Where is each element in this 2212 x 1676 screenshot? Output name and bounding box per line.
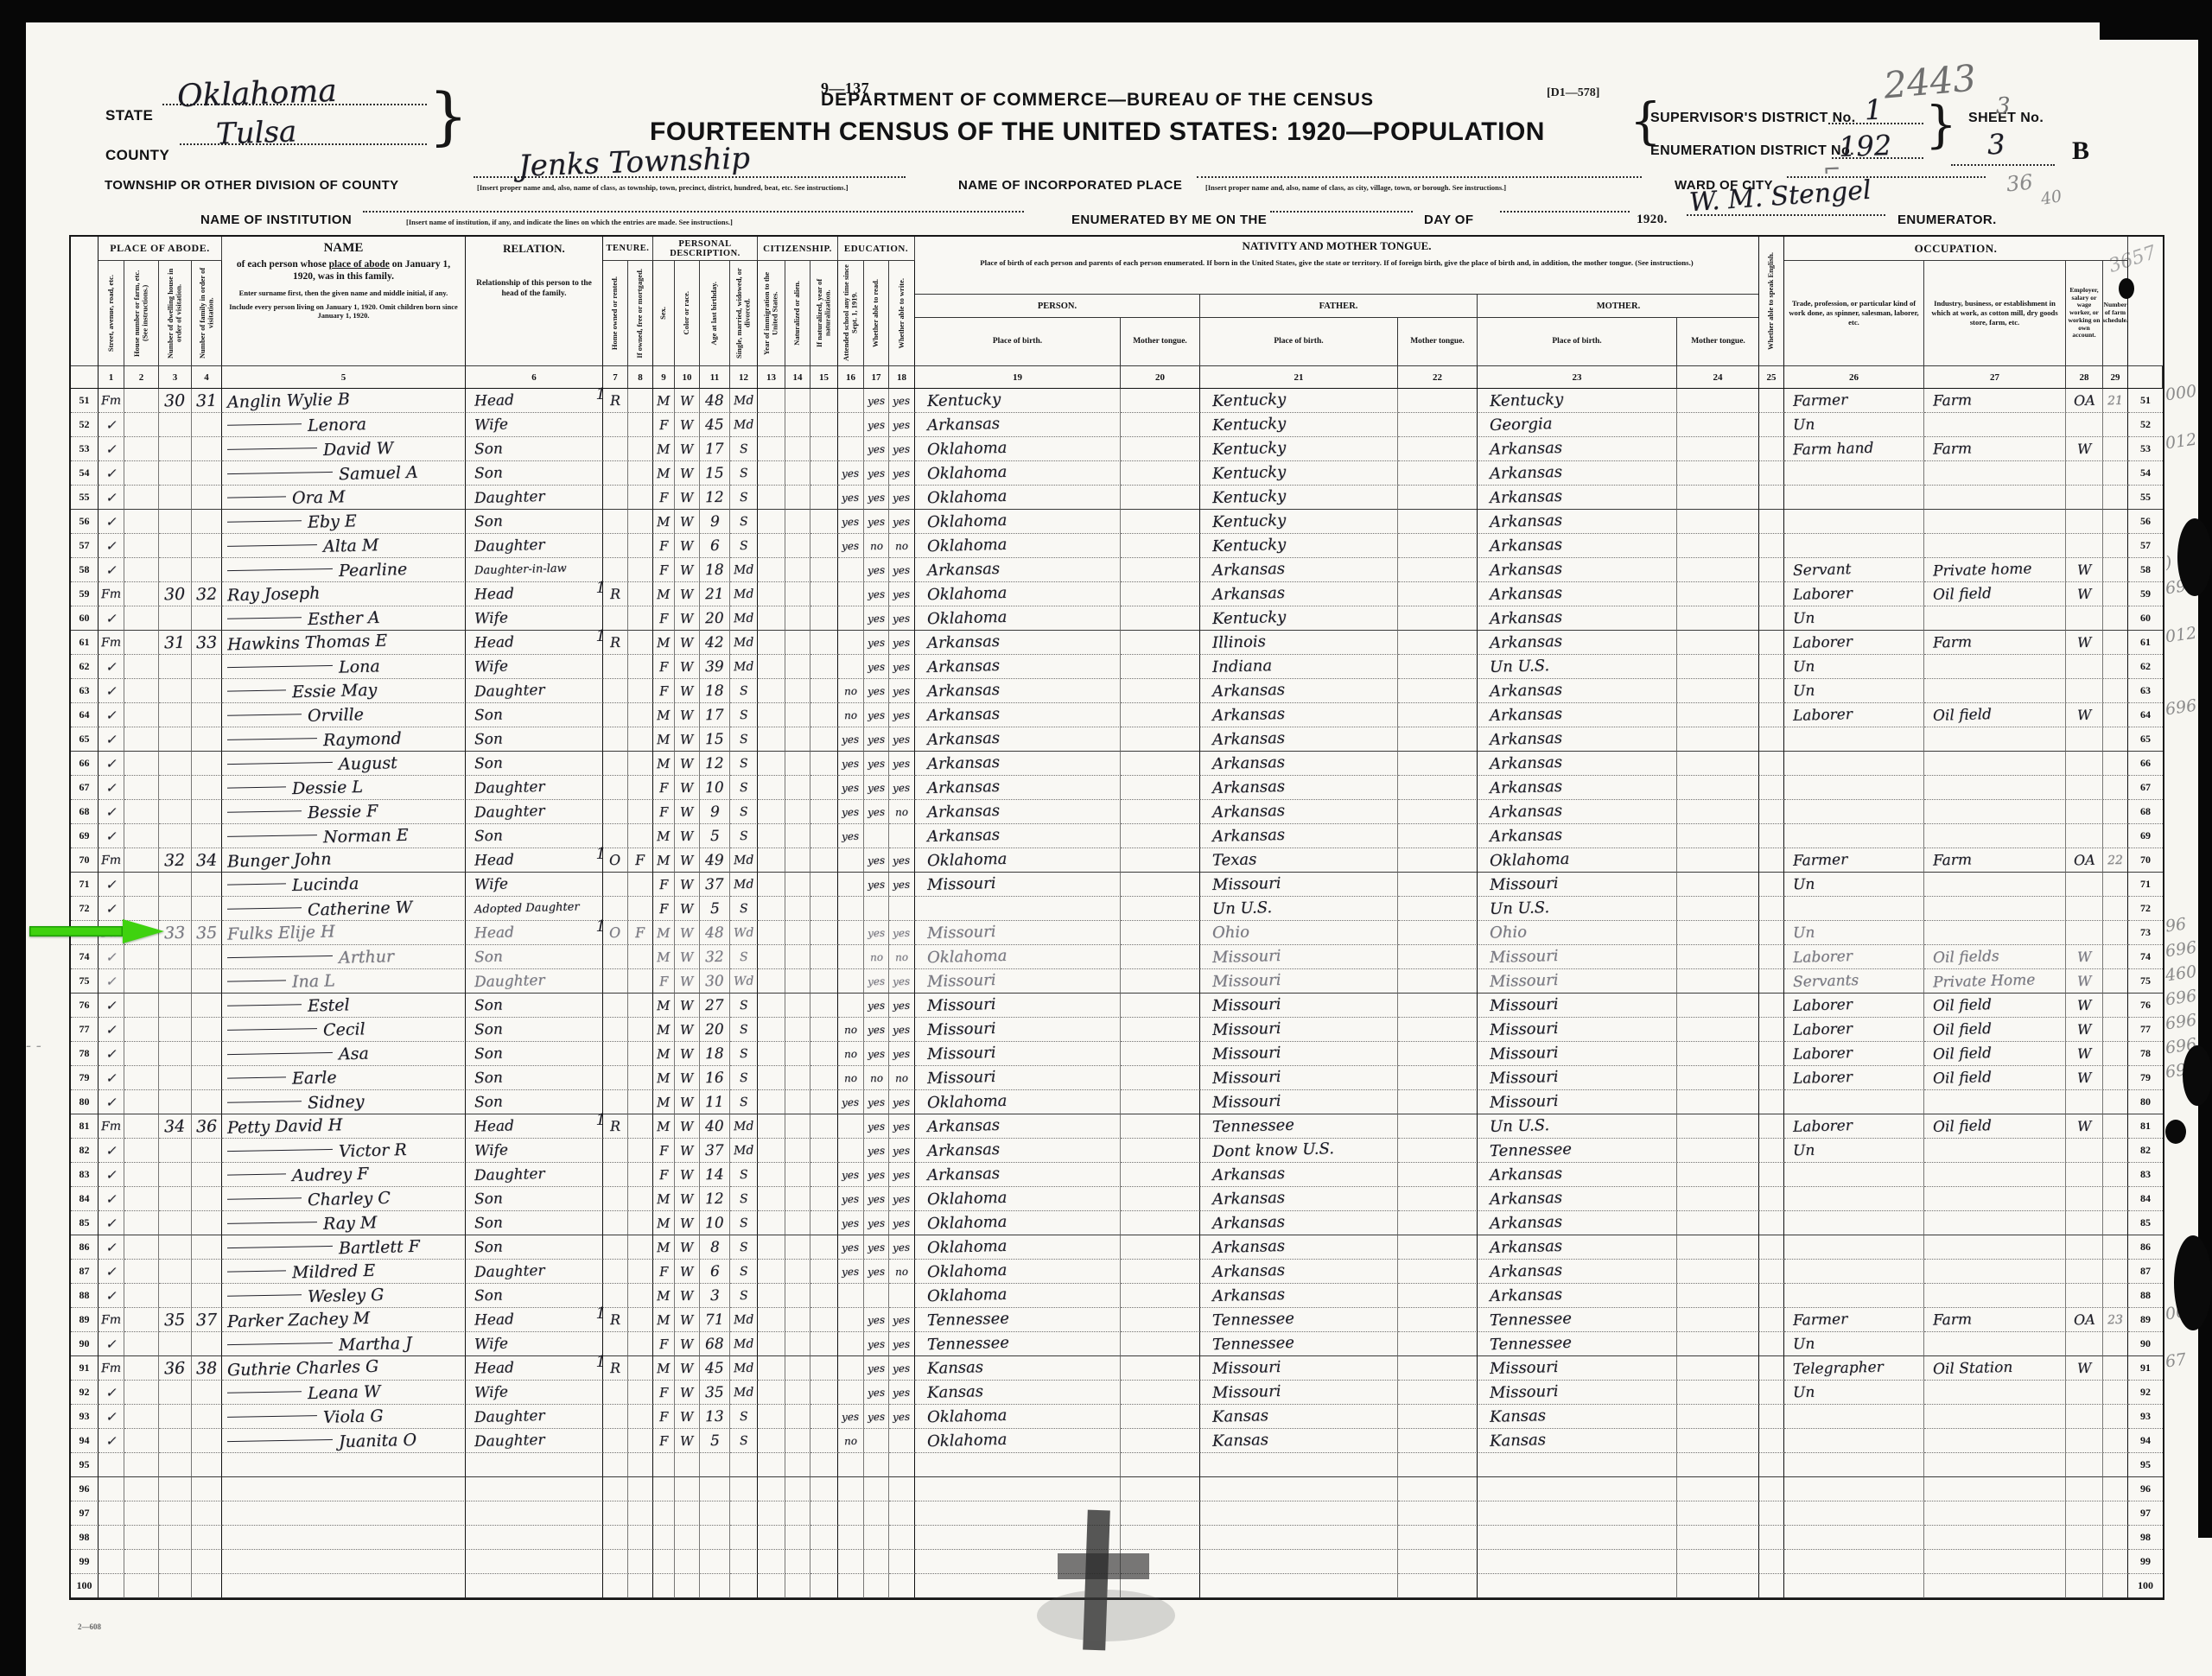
attended-school-cell: yes <box>838 1260 864 1284</box>
institution-label: NAME OF INSTITUTION <box>200 213 352 227</box>
industry-cell: Private Home <box>1924 969 2066 994</box>
person-mother-tongue-cell <box>1121 510 1200 534</box>
mother-birthplace-cell: Kentucky <box>1478 389 1677 413</box>
mother-mother-tongue-cell <box>1677 1550 1759 1574</box>
immigration-year-cell <box>758 1332 785 1356</box>
sex-cell <box>653 1453 675 1477</box>
race-cell: W <box>675 1308 700 1332</box>
relation-cell <box>466 1501 603 1526</box>
father-mother-tongue-cell <box>1398 921 1478 945</box>
row-number-right: 100 <box>2128 1574 2163 1598</box>
person-birthplace-cell: Oklahoma <box>915 945 1121 969</box>
mother-mother-tongue-cell <box>1677 1453 1759 1477</box>
marital-cell <box>730 1574 758 1598</box>
name-cell: Petty David H <box>222 1114 466 1139</box>
speak-english-cell <box>1759 437 1784 461</box>
column-number: 24 <box>1677 366 1759 389</box>
marital-cell: S <box>730 1018 758 1042</box>
naturalized-cell <box>785 1574 810 1598</box>
occupation-cell <box>1784 486 1924 510</box>
naturalized-cell <box>785 824 810 848</box>
row-number-right: 77 <box>2128 1018 2163 1042</box>
abode-street-cell <box>99 1574 124 1598</box>
sex-cell: M <box>653 994 675 1018</box>
mother-mother-tongue-cell <box>1677 897 1759 921</box>
attended-school-cell <box>838 1381 864 1405</box>
age-cell: 8 <box>700 1235 730 1260</box>
state-county-brace: } <box>429 79 468 152</box>
worker-class-cell <box>2066 1260 2103 1284</box>
census-title: FOURTEENTH CENSUS OF THE UNITED STATES: … <box>639 117 1555 147</box>
mother-mother-tongue-cell <box>1677 945 1759 969</box>
person-mother-tongue-cell <box>1121 1429 1200 1453</box>
row-number-right: 97 <box>2128 1501 2163 1526</box>
worker-class-cell <box>2066 873 2103 897</box>
mother-mother-tongue-cell <box>1677 1163 1759 1187</box>
row-number-left: 87 <box>71 1260 99 1284</box>
able-to-read-cell <box>864 824 889 848</box>
father-birthplace-cell: Missouri <box>1200 1018 1398 1042</box>
mother-birthplace-cell: Arkansas <box>1478 1163 1677 1187</box>
farm-schedule-cell: 22 <box>2103 848 2128 873</box>
father-birthplace-cell: Arkansas <box>1200 824 1398 848</box>
pencil-margin-note: 696 <box>2164 696 2198 720</box>
nativity-desc: Place of birth of each person and parent… <box>915 257 1758 294</box>
abode-street-cell: ✓ <box>99 994 124 1018</box>
speak-english-cell <box>1759 1163 1784 1187</box>
father-birthplace-cell: Arkansas <box>1200 1235 1398 1260</box>
abode-street-cell <box>99 1501 124 1526</box>
mother-birthplace-cell: Missouri <box>1478 1042 1677 1066</box>
house-number-cell <box>124 389 159 413</box>
pencil-stamp-sub3: 3 <box>1996 93 2011 119</box>
house-number-cell <box>124 1284 159 1308</box>
relation-cell: Son <box>466 437 603 461</box>
occupation-cell <box>1784 1405 1924 1429</box>
dwelling-number-cell <box>159 1429 192 1453</box>
place-label: NAME OF INCORPORATED PLACE <box>958 178 1182 193</box>
mother-birthplace-cell: Arkansas <box>1478 752 1677 776</box>
industry-cell <box>1924 1260 2066 1284</box>
person-birthplace-cell: Arkansas <box>915 752 1121 776</box>
naturalization-year-cell <box>810 873 838 897</box>
enumerated-month-line <box>1500 211 1630 213</box>
row-number-right: 92 <box>2128 1381 2163 1405</box>
dwelling-number-cell: 30 <box>159 389 192 413</box>
person-birthplace-cell: Arkansas <box>915 413 1121 437</box>
race-cell: W <box>675 727 700 752</box>
father-mother-tongue-cell <box>1398 1235 1478 1260</box>
age-cell: 17 <box>700 437 730 461</box>
immigration-year-cell <box>758 921 785 945</box>
farm-schedule-cell <box>2103 969 2128 994</box>
farm-schedule-cell <box>2103 1284 2128 1308</box>
tenure-free-mortgaged-cell <box>628 1356 653 1381</box>
industry-cell: Oil field <box>1924 1066 2066 1090</box>
naturalized-cell <box>785 1308 810 1332</box>
row-number-right: 51 <box>2128 389 2163 413</box>
sex-cell: M <box>653 389 675 413</box>
farm-schedule-cell <box>2103 1574 2128 1598</box>
person-mother-tongue-cell <box>1121 848 1200 873</box>
immigration-year-cell <box>758 969 785 994</box>
row-number-right: 58 <box>2128 558 2163 582</box>
able-to-write-cell <box>889 897 915 921</box>
age-cell: 48 <box>700 921 730 945</box>
relation-cell: Daughter <box>466 1163 603 1187</box>
family-number-cell <box>192 510 222 534</box>
race-cell: W <box>675 1066 700 1090</box>
pencil-margin-note: ) <box>2164 553 2173 573</box>
father-birthplace-cell: Ohio <box>1200 921 1398 945</box>
abode-street-cell: ✓ <box>99 486 124 510</box>
dwelling-number-cell <box>159 945 192 969</box>
sex-cell: F <box>653 679 675 703</box>
row-number-right: 82 <box>2128 1139 2163 1163</box>
abode-street-cell: Fm <box>99 848 124 873</box>
row-number-right: 69 <box>2128 824 2163 848</box>
able-to-read-cell <box>864 1574 889 1598</box>
industry-cell: Farm <box>1924 631 2066 655</box>
naturalization-year-cell <box>810 1114 838 1139</box>
farm-schedule-cell <box>2103 1042 2128 1066</box>
age-cell <box>700 1574 730 1598</box>
row-number-left: 51 <box>71 389 99 413</box>
immigration-year-cell <box>758 727 785 752</box>
naturalized-cell <box>785 897 810 921</box>
row-number-right: 68 <box>2128 800 2163 824</box>
attended-school-cell <box>838 631 864 655</box>
able-to-read-cell <box>864 1453 889 1477</box>
occupation-cell <box>1784 1235 1924 1260</box>
occupation-cell <box>1784 1284 1924 1308</box>
father-mother-tongue-cell <box>1398 486 1478 510</box>
able-to-read-cell: yes <box>864 1139 889 1163</box>
row-number-right: 52 <box>2128 413 2163 437</box>
tenure-owned-rented-cell <box>603 994 628 1018</box>
able-to-write-cell: yes <box>889 1042 915 1066</box>
district-brace-right: } <box>1925 95 1957 154</box>
mother-birthplace-cell: Missouri <box>1478 1066 1677 1090</box>
farm-schedule-cell <box>2103 1356 2128 1381</box>
mother-mother-tongue-cell <box>1677 921 1759 945</box>
attended-school-cell: no <box>838 1066 864 1090</box>
race-cell: W <box>675 824 700 848</box>
enumerator-label: ENUMERATOR. <box>1897 213 1997 227</box>
person-birthplace-cell: Oklahoma <box>915 534 1121 558</box>
mother-birthplace-cell: Arkansas <box>1478 437 1677 461</box>
marital-cell: Md <box>730 606 758 631</box>
person-birthplace-cell <box>915 1453 1121 1477</box>
name-cell: Victor R <box>222 1139 466 1163</box>
worker-class-cell: W <box>2066 437 2103 461</box>
row-number-left: 97 <box>71 1501 99 1526</box>
naturalized-cell <box>785 1090 810 1114</box>
naturalized-cell <box>785 606 810 631</box>
abode-street-cell: ✓ <box>99 1332 124 1356</box>
tenure-owned-rented-cell <box>603 1260 628 1284</box>
attended-school-cell <box>838 1284 864 1308</box>
able-to-read-cell: yes <box>864 1018 889 1042</box>
relation-cell: Son <box>466 945 603 969</box>
speak-english-cell <box>1759 486 1784 510</box>
group-tenure: TENURE. <box>603 237 653 261</box>
row-number-right: 91 <box>2128 1356 2163 1381</box>
occupation-cell: Laborer <box>1784 994 1924 1018</box>
age-cell: 11 <box>700 1090 730 1114</box>
row-number-right: 65 <box>2128 727 2163 752</box>
dwelling-number-cell: 30 <box>159 582 192 606</box>
sex-cell: M <box>653 582 675 606</box>
age-cell <box>700 1550 730 1574</box>
column-number: 18 <box>889 366 915 389</box>
group-education: EDUCATION. <box>838 237 915 261</box>
tenure-owned-rented-cell <box>603 1211 628 1235</box>
naturalized-cell <box>785 1477 810 1501</box>
mother-birthplace-cell <box>1478 1550 1677 1574</box>
marital-cell: Md <box>730 655 758 679</box>
marital-cell: S <box>730 510 758 534</box>
marital-cell: S <box>730 486 758 510</box>
able-to-write-cell: yes <box>889 776 915 800</box>
name-cell <box>222 1453 466 1477</box>
mother-mother-tongue-cell <box>1677 752 1759 776</box>
relation-cell: Wife <box>466 1332 603 1356</box>
race-cell: W <box>675 679 700 703</box>
house-number-cell <box>124 752 159 776</box>
sex-cell: F <box>653 606 675 631</box>
nativity-mother: MOTHER. <box>1478 294 1759 317</box>
col9-header: Sex. <box>653 261 675 366</box>
dwelling-number-cell <box>159 1139 192 1163</box>
naturalized-cell <box>785 1163 810 1187</box>
row-number-left: 71 <box>71 873 99 897</box>
mother-mother-tongue-cell <box>1677 1018 1759 1042</box>
sex-cell: F <box>653 1381 675 1405</box>
tenure-free-mortgaged-cell <box>628 945 653 969</box>
abode-street-cell: ✓ <box>99 413 124 437</box>
naturalized-cell <box>785 1356 810 1381</box>
mother-birthplace-cell <box>1478 1477 1677 1501</box>
speak-english-cell <box>1759 994 1784 1018</box>
family-number-cell: 33 <box>192 631 222 655</box>
sex-cell: F <box>653 558 675 582</box>
able-to-read-cell: yes <box>864 969 889 994</box>
person-birthplace-cell: Oklahoma <box>915 1284 1121 1308</box>
able-to-read-cell: no <box>864 534 889 558</box>
father-birthplace-cell: Tennessee <box>1200 1332 1398 1356</box>
abode-street-cell: ✓ <box>99 1066 124 1090</box>
marital-cell: S <box>730 534 758 558</box>
worker-class-cell: W <box>2066 582 2103 606</box>
worker-class-cell: W <box>2066 1018 2103 1042</box>
father-mother-tongue-cell <box>1398 752 1478 776</box>
dwelling-number-cell: 34 <box>159 1114 192 1139</box>
name-cell: Martha J <box>222 1332 466 1356</box>
father-mother-tongue-cell <box>1398 1477 1478 1501</box>
father-birthplace-cell: Arkansas <box>1200 776 1398 800</box>
pencil-margin-note: 696 <box>2164 938 2198 962</box>
abode-street-cell: ✓ <box>99 534 124 558</box>
tenure-free-mortgaged-cell <box>628 1453 653 1477</box>
father-birthplace-cell: Arkansas <box>1200 1284 1398 1308</box>
nativity-father: FATHER. <box>1200 294 1478 317</box>
speak-english-cell <box>1759 510 1784 534</box>
relation-cell: Son <box>466 727 603 752</box>
naturalized-cell <box>785 703 810 727</box>
father-birthplace-cell: Dont know U.S. <box>1200 1139 1398 1163</box>
industry-cell <box>1924 1163 2066 1187</box>
industry-cell <box>1924 606 2066 631</box>
naturalization-year-cell <box>810 631 838 655</box>
naturalized-cell <box>785 1550 810 1574</box>
race-cell: W <box>675 1187 700 1211</box>
col12-header-text: Single, married, widowed, or divorced. <box>735 261 752 365</box>
house-number-cell <box>124 1042 159 1066</box>
immigration-year-cell <box>758 1090 785 1114</box>
tenure-owned-rented-cell <box>603 1453 628 1477</box>
person-mother-tongue-cell <box>1121 1235 1200 1260</box>
worker-class-cell <box>2066 679 2103 703</box>
person-mother-tongue-cell <box>1121 897 1200 921</box>
plate-ref: [D1—578] <box>1547 86 1599 100</box>
worker-class-cell <box>2066 1332 2103 1356</box>
naturalized-cell <box>785 800 810 824</box>
name-cell: Fulks Elije H <box>222 921 466 945</box>
col8-header: If owned, free or mortgaged. <box>628 261 653 366</box>
family-number-cell <box>192 1477 222 1501</box>
relation-cell: Son <box>466 703 603 727</box>
father-birthplace-cell: Arkansas <box>1200 1163 1398 1187</box>
mother-birthplace-cell: Missouri <box>1478 1018 1677 1042</box>
age-cell: 12 <box>700 486 730 510</box>
father-mother-tongue-cell <box>1398 969 1478 994</box>
father-birthplace-cell: Missouri <box>1200 1356 1398 1381</box>
dwelling-number-cell <box>159 1042 192 1066</box>
mother-mother-tongue-cell <box>1677 776 1759 800</box>
industry-cell: Oil field <box>1924 994 2066 1018</box>
column-number: 8 <box>628 366 653 389</box>
tenure-free-mortgaged-cell <box>628 679 653 703</box>
row-number-left: 66 <box>71 752 99 776</box>
person-birthplace-cell: Kansas <box>915 1356 1121 1381</box>
worker-class-cell <box>2066 800 2103 824</box>
row-number-right: 84 <box>2128 1187 2163 1211</box>
farm-schedule-cell <box>2103 1235 2128 1260</box>
house-number-cell <box>124 703 159 727</box>
father-birthplace-cell <box>1200 1501 1398 1526</box>
industry-cell <box>1924 1211 2066 1235</box>
sex-cell: M <box>653 1066 675 1090</box>
family-number-cell <box>192 1042 222 1066</box>
father-birthplace-cell: Missouri <box>1200 1381 1398 1405</box>
able-to-write-cell: yes <box>889 921 915 945</box>
relation-cell <box>466 1526 603 1550</box>
person-mother-tongue-cell <box>1121 776 1200 800</box>
person-birthplace-cell: Oklahoma <box>915 848 1121 873</box>
immigration-year-cell <box>758 1163 785 1187</box>
attended-school-cell: yes <box>838 1405 864 1429</box>
father-mother-tongue-cell <box>1398 679 1478 703</box>
age-cell: 18 <box>700 1042 730 1066</box>
able-to-write-cell: yes <box>889 606 915 631</box>
able-to-read-cell <box>864 897 889 921</box>
person-birthplace-cell <box>915 1477 1121 1501</box>
race-cell: W <box>675 461 700 486</box>
naturalized-cell <box>785 873 810 897</box>
abode-street-cell: ✓ <box>99 752 124 776</box>
family-number-cell <box>192 800 222 824</box>
dwelling-number-cell <box>159 1332 192 1356</box>
film-edge-top <box>0 0 2212 22</box>
speak-english-cell <box>1759 921 1784 945</box>
naturalization-year-cell <box>810 655 838 679</box>
naturalized-cell <box>785 631 810 655</box>
row-number-right: 95 <box>2128 1453 2163 1477</box>
occupation-cell <box>1784 1453 1924 1477</box>
age-cell: 30 <box>700 969 730 994</box>
speak-english-cell <box>1759 1284 1784 1308</box>
column-number: 14 <box>785 366 810 389</box>
family-number-cell <box>192 1526 222 1550</box>
family-number-cell <box>192 1018 222 1042</box>
father-birthplace-cell: Missouri <box>1200 994 1398 1018</box>
row-number-right: 99 <box>2128 1550 2163 1574</box>
row-number-left: 76 <box>71 994 99 1018</box>
house-number-cell <box>124 727 159 752</box>
immigration-year-cell <box>758 1526 785 1550</box>
age-cell: 12 <box>700 752 730 776</box>
occupation-cell <box>1784 1501 1924 1526</box>
naturalized-cell <box>785 534 810 558</box>
speak-english-cell <box>1759 1381 1784 1405</box>
name-cell <box>222 1574 466 1598</box>
marital-cell: S <box>730 945 758 969</box>
family-number-cell: 36 <box>192 1114 222 1139</box>
person-birthplace-cell: Missouri <box>915 921 1121 945</box>
township-label: TOWNSHIP OR OTHER DIVISION OF COUNTY <box>105 178 399 193</box>
supervisors-value: 1 <box>1864 93 1883 127</box>
person-mother-tongue-cell <box>1121 1260 1200 1284</box>
mother-birthplace-cell: Arkansas <box>1478 800 1677 824</box>
father-birthplace-cell: Arkansas <box>1200 558 1398 582</box>
tenure-owned-rented-cell <box>603 486 628 510</box>
tenure-owned-rented-cell <box>603 1550 628 1574</box>
col8-header-text: If owned, free or mortgaged. <box>636 267 644 360</box>
relation-cell: Head1 <box>466 921 603 945</box>
dwelling-number-cell <box>159 1018 192 1042</box>
able-to-read-cell: yes <box>864 703 889 727</box>
abode-street-cell: ✓ <box>99 824 124 848</box>
immigration-year-cell <box>758 1477 785 1501</box>
able-to-read-cell: yes <box>864 1381 889 1405</box>
tenure-owned-rented-cell <box>603 655 628 679</box>
able-to-write-cell: yes <box>889 486 915 510</box>
worker-class-cell: W <box>2066 1114 2103 1139</box>
mother-birthplace-cell: Kansas <box>1478 1405 1677 1429</box>
father-mother-tongue-cell <box>1398 389 1478 413</box>
able-to-write-cell: yes <box>889 1187 915 1211</box>
naturalized-cell <box>785 1139 810 1163</box>
tenure-owned-rented-cell: R <box>603 1308 628 1332</box>
father-mother-tongue-cell <box>1398 1139 1478 1163</box>
immigration-year-cell <box>758 1139 785 1163</box>
tenure-free-mortgaged-cell <box>628 1018 653 1042</box>
family-number-cell <box>192 534 222 558</box>
row-number-left: 81 <box>71 1114 99 1139</box>
tenure-free-mortgaged-cell <box>628 727 653 752</box>
occupation-cell: Farmer <box>1784 848 1924 873</box>
